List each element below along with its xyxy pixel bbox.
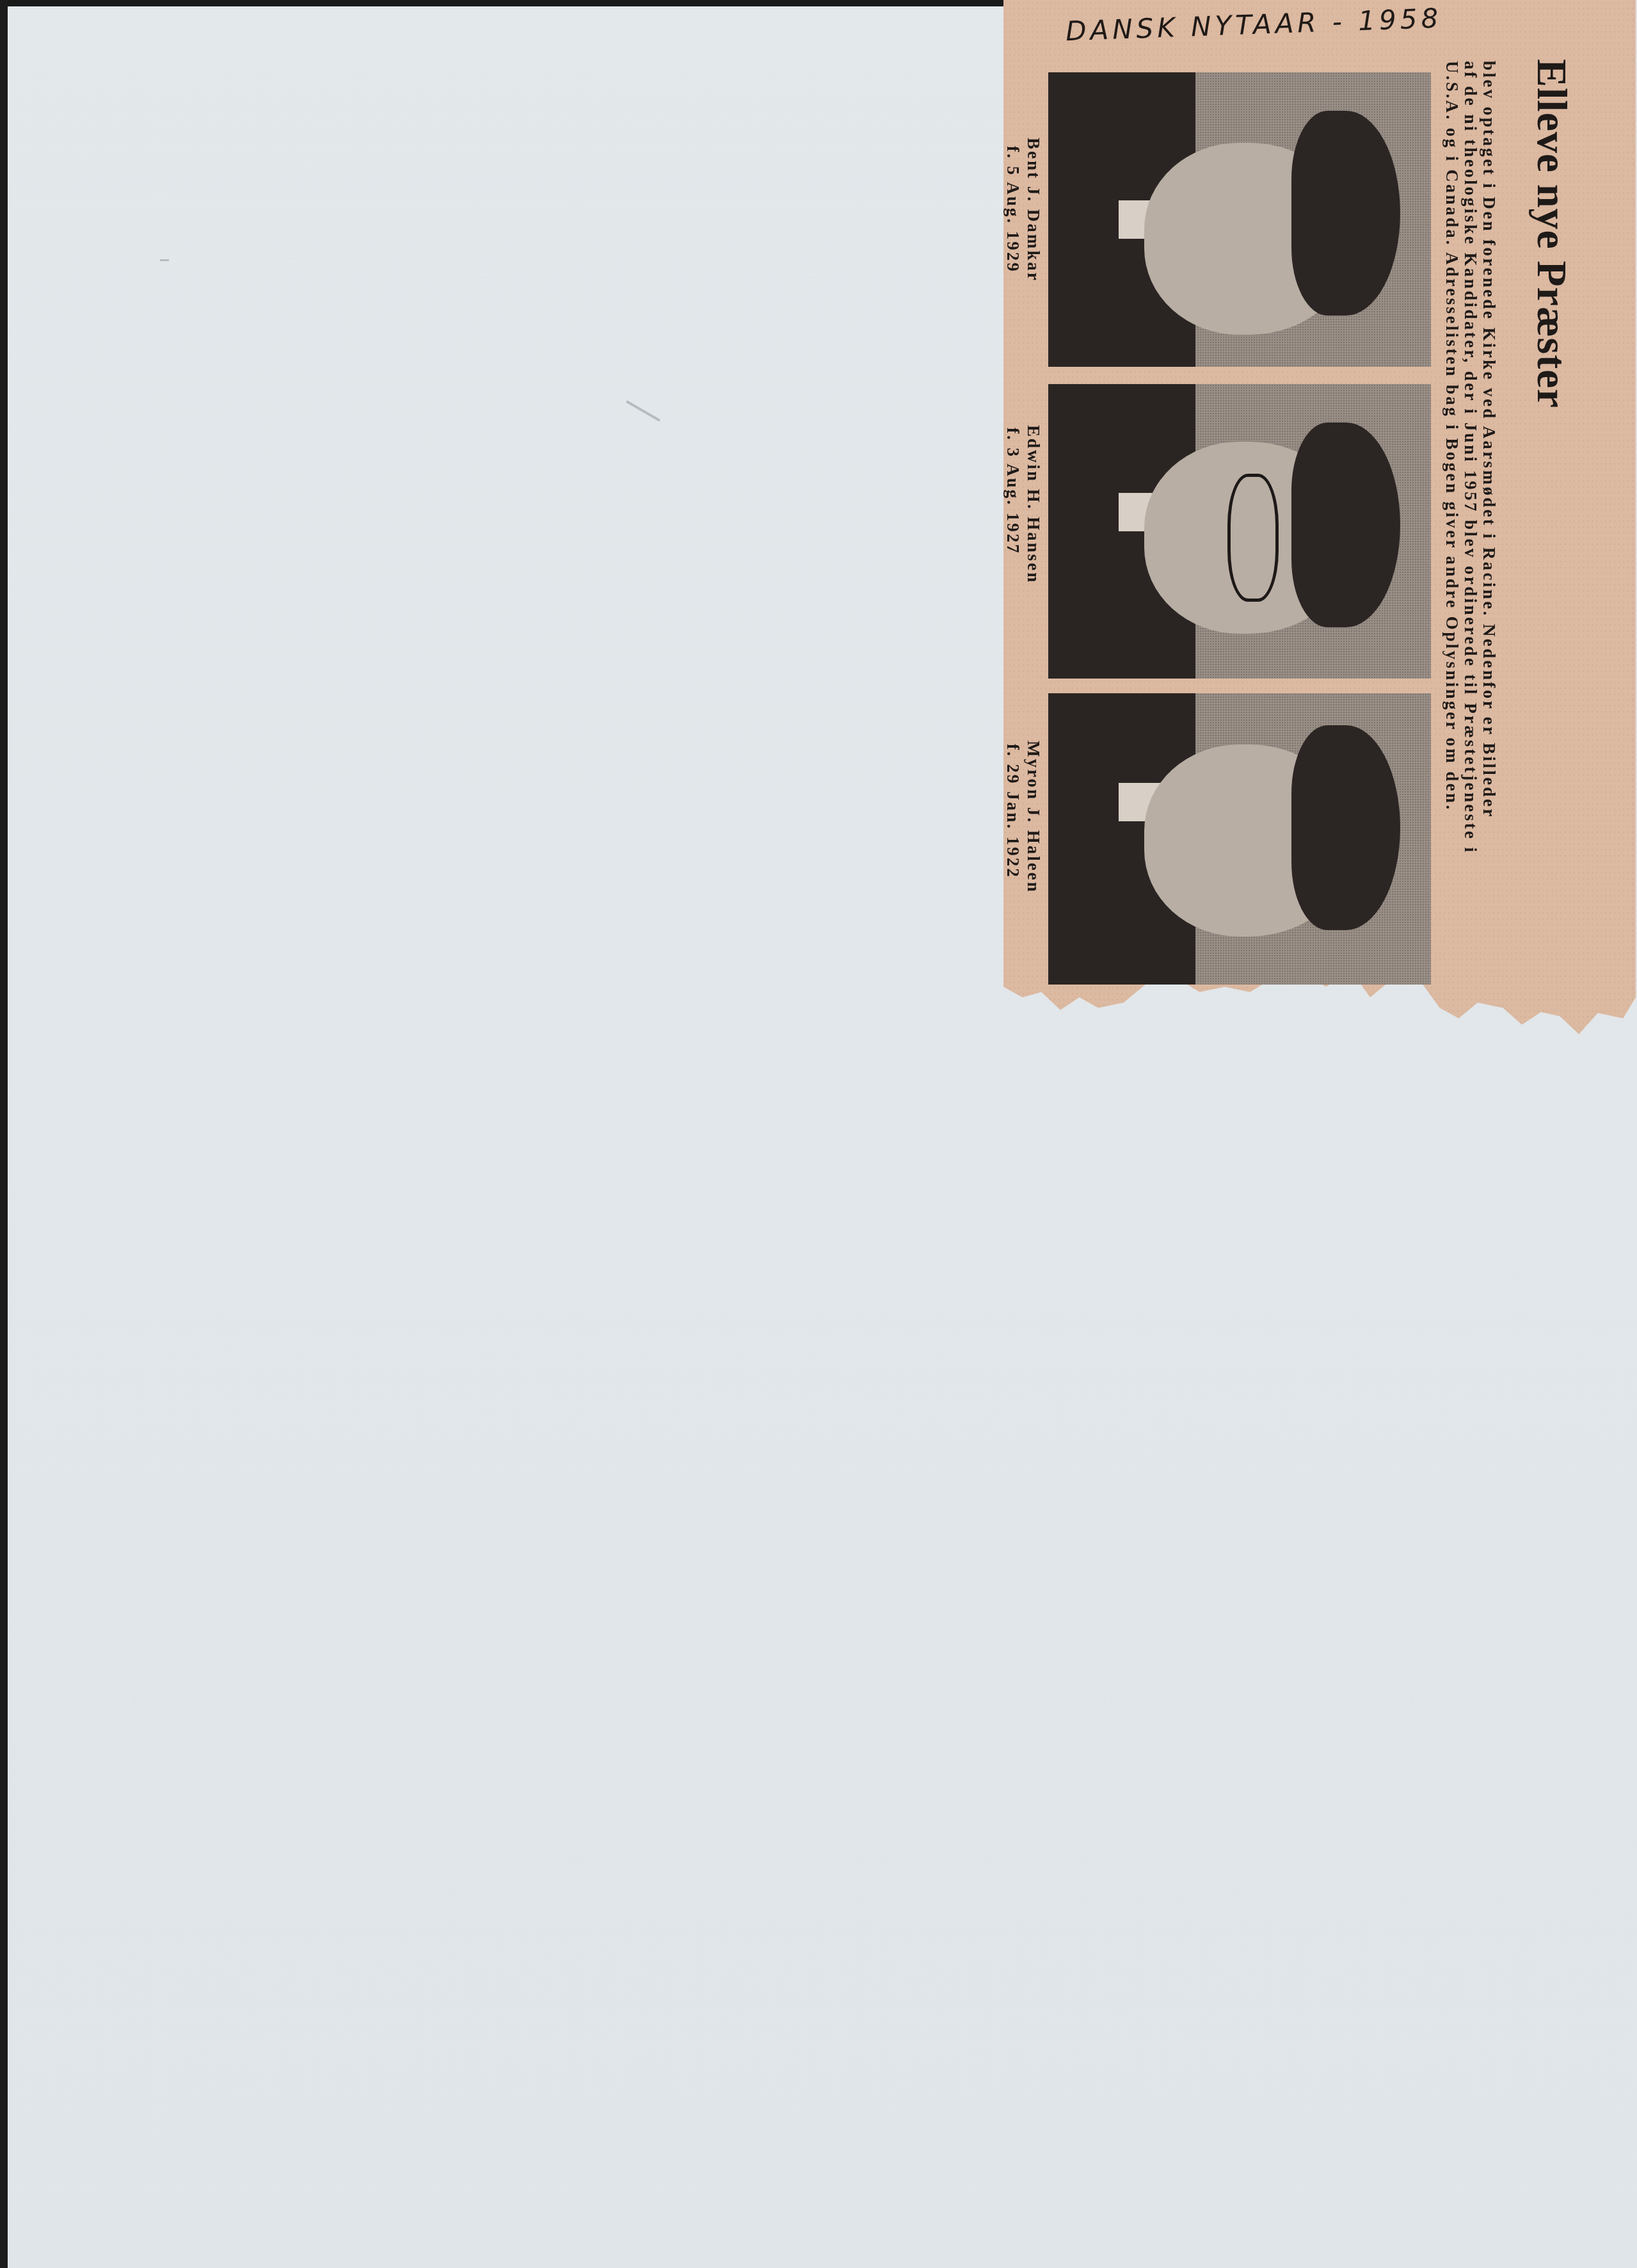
portrait-caption-birth: f. 5 Aug. 1929 (1002, 146, 1024, 273)
scan-page: DANSK NYTAAR - 1958 Elleve nye Præster b… (0, 0, 1637, 2268)
scanner-edge-left (0, 0, 8, 2268)
portrait-caption-birth: f. 3 Aug. 1927 (1002, 428, 1024, 555)
portrait-photo-hansen (1048, 384, 1431, 679)
portrait-caption-name: Bent J. Damkar (1023, 138, 1044, 282)
article-body-line-1: blev optaget i Den forenede Kirke ved Aa… (1479, 61, 1499, 819)
portrait-caption-birth: f. 29 Jan. 1922 (1002, 744, 1024, 879)
portrait-photo-damkar (1048, 72, 1431, 367)
article-body-line-2: af de ni theologiske Kandidater, der i J… (1460, 61, 1480, 854)
scanner-edge-top (0, 0, 1005, 6)
article-body-line-3: U.S.A. og i Canada. Adresselisten bag i … (1442, 61, 1462, 812)
portrait-photo-haleen (1048, 693, 1431, 985)
portrait-caption-name: Edwin H. Hansen (1023, 425, 1044, 584)
paper-speck (160, 259, 169, 261)
portrait-caption-name: Myron J. Haleen (1023, 741, 1044, 894)
article-title: Elleve nye Præster (1527, 59, 1576, 408)
glasses-icon (1227, 474, 1279, 602)
paper-scratch (626, 400, 660, 421)
